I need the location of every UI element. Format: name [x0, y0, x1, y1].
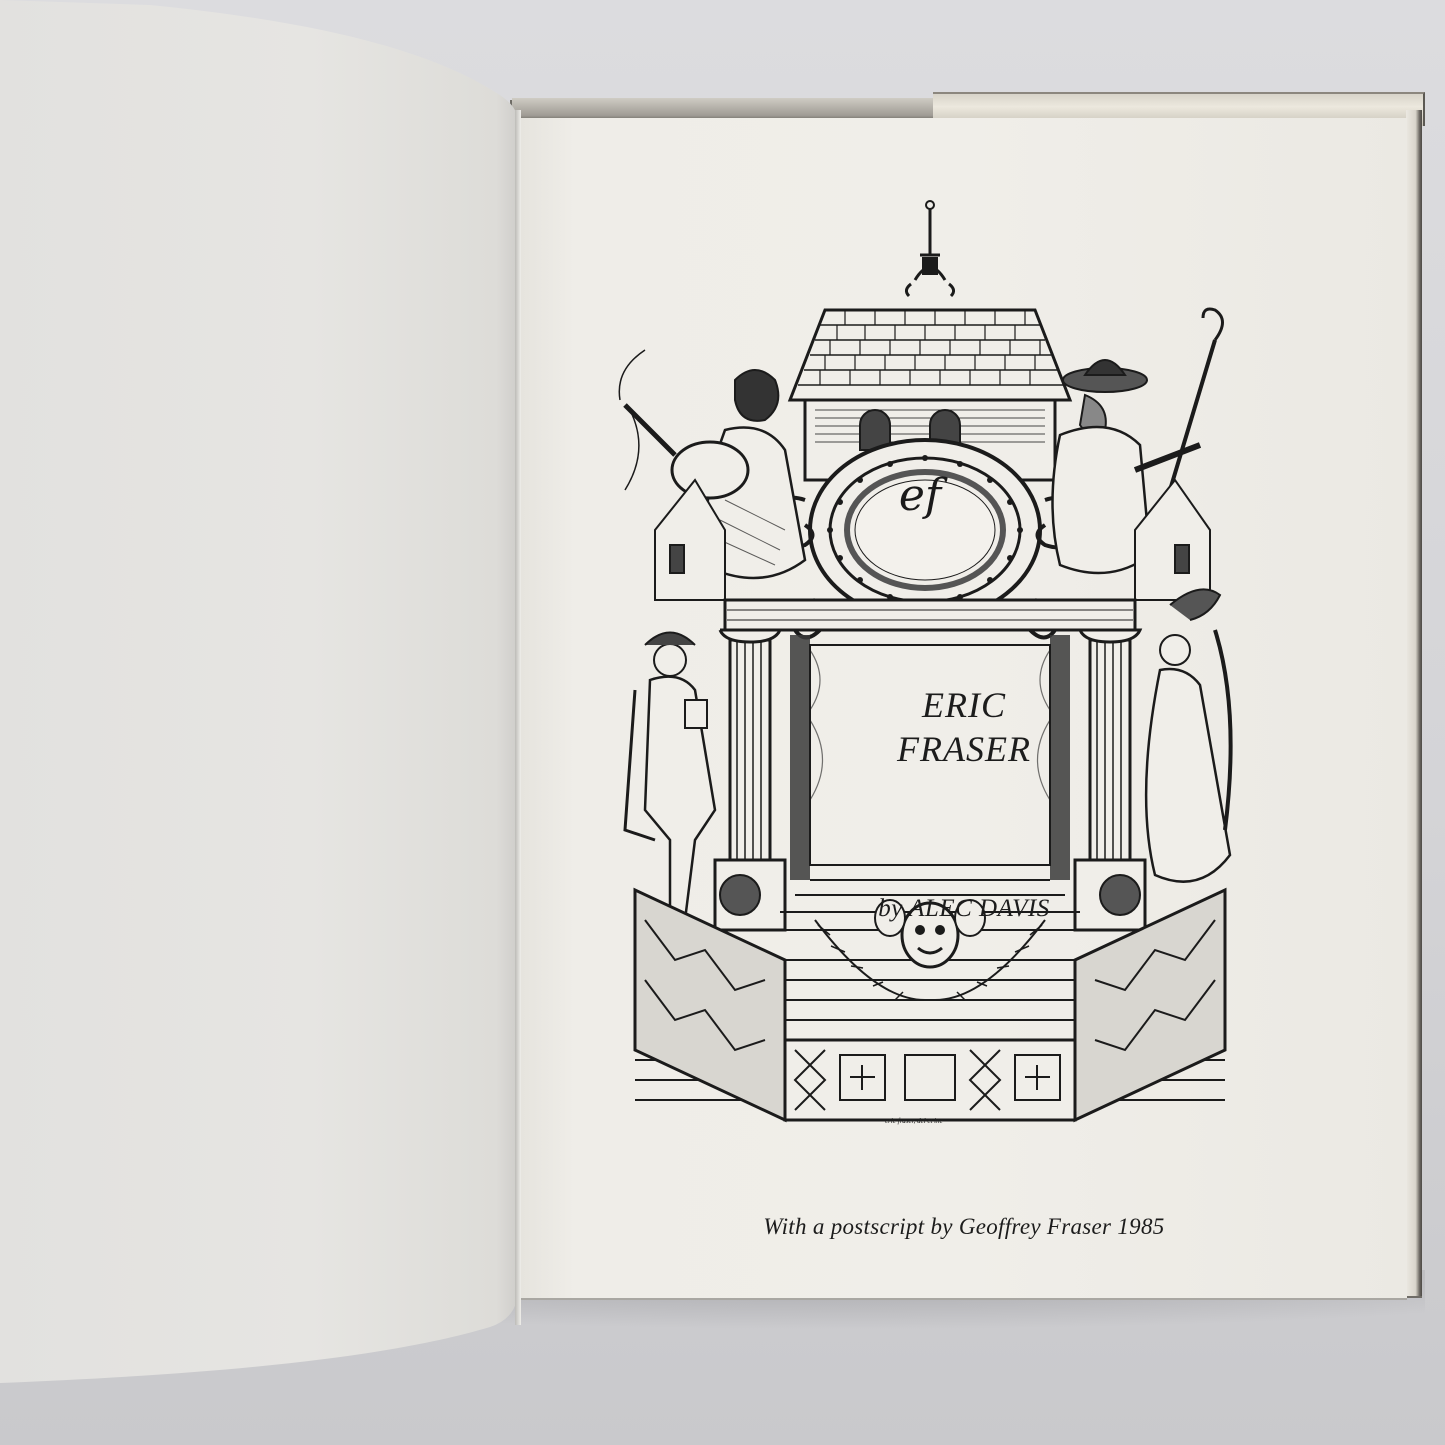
left-blank-page — [0, 0, 517, 1385]
book-title-line-2: FRASER — [521, 728, 1407, 770]
ef-monogram: ef — [860, 470, 980, 521]
illustration-credit: eric fraser, del et inc — [885, 1117, 943, 1125]
dust-jacket-right-edge — [1406, 110, 1422, 1296]
postscript-line: With a postscript by Geoffrey Fraser 198… — [521, 1214, 1407, 1240]
author-byline: by ALEC DAVIS — [521, 895, 1407, 923]
dust-jacket-top-edge-left — [512, 98, 937, 120]
book-title-line-1: ERIC — [521, 684, 1407, 726]
title-page-engraving — [615, 200, 1245, 1135]
